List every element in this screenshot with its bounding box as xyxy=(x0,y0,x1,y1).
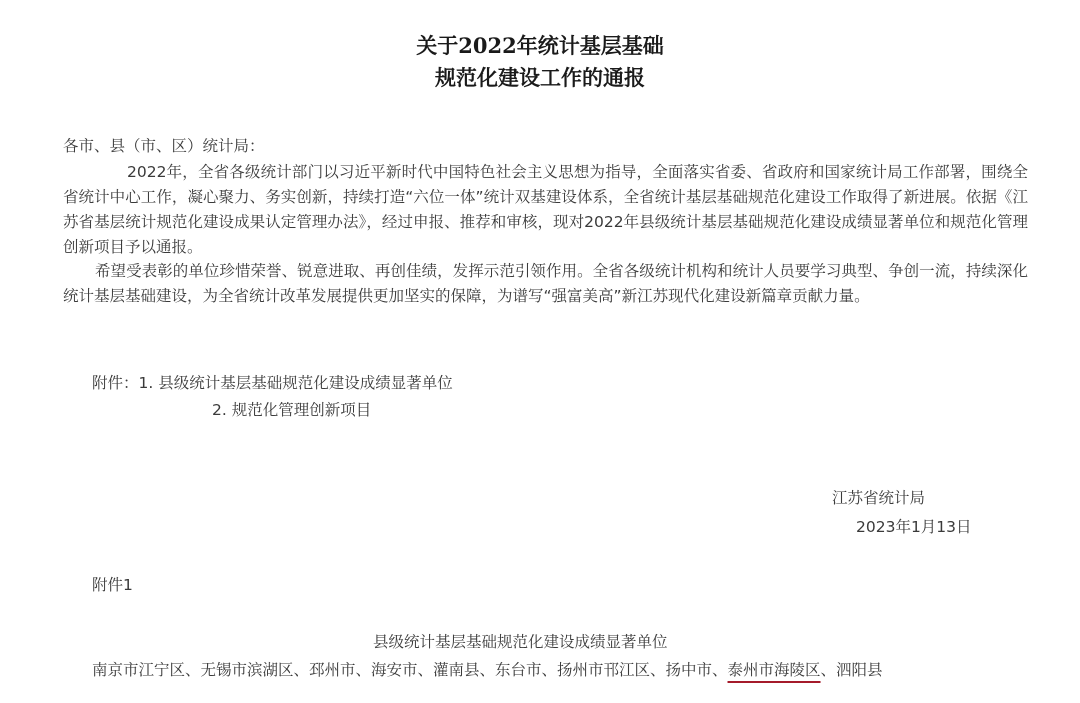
signature-issuer: 江苏省统计局 xyxy=(832,488,925,508)
annex-label: 附件1 xyxy=(92,575,133,595)
attachment-item-1: 附件：1. 县级统计基层基础规范化建设成绩显著单位 xyxy=(92,373,453,393)
unit-list-before: 南京市江宁区、无锡市滨湖区、邳州市、海安市、灌南县、东台市、扬州市邗江区、扬中市… xyxy=(92,661,728,679)
body-paragraph-2: 希望受表彰的单位珍惜荣誉、锐意进取、再创佳绩，发挥示范引领作用。全省各级统计机构… xyxy=(63,259,1028,309)
annex-unit-list: 南京市江宁区、无锡市滨湖区、邳州市、海安市、灌南县、东台市、扬州市邗江区、扬中市… xyxy=(92,660,883,680)
signature-date: 2023年1月13日 xyxy=(856,517,972,537)
unit-list-after: 、泗阳县 xyxy=(821,661,883,679)
highlighted-unit: 泰州市海陵区 xyxy=(728,661,821,679)
annex-title: 县级统计基层基础规范化建设成绩显著单位 xyxy=(373,632,668,652)
document-title-line-2: 规范化建设工作的通报 xyxy=(0,62,1080,92)
attachment-item-2: 2. 规范化管理创新项目 xyxy=(212,400,371,420)
body-paragraph-1: 2022年，全省各级统计部门以习近平新时代中国特色社会主义思想为指导，全面落实省… xyxy=(63,160,1028,260)
salutation: 各市、县（市、区）统计局： xyxy=(63,136,265,156)
document-title-line-1: 关于2022年统计基层基础 xyxy=(0,30,1080,60)
